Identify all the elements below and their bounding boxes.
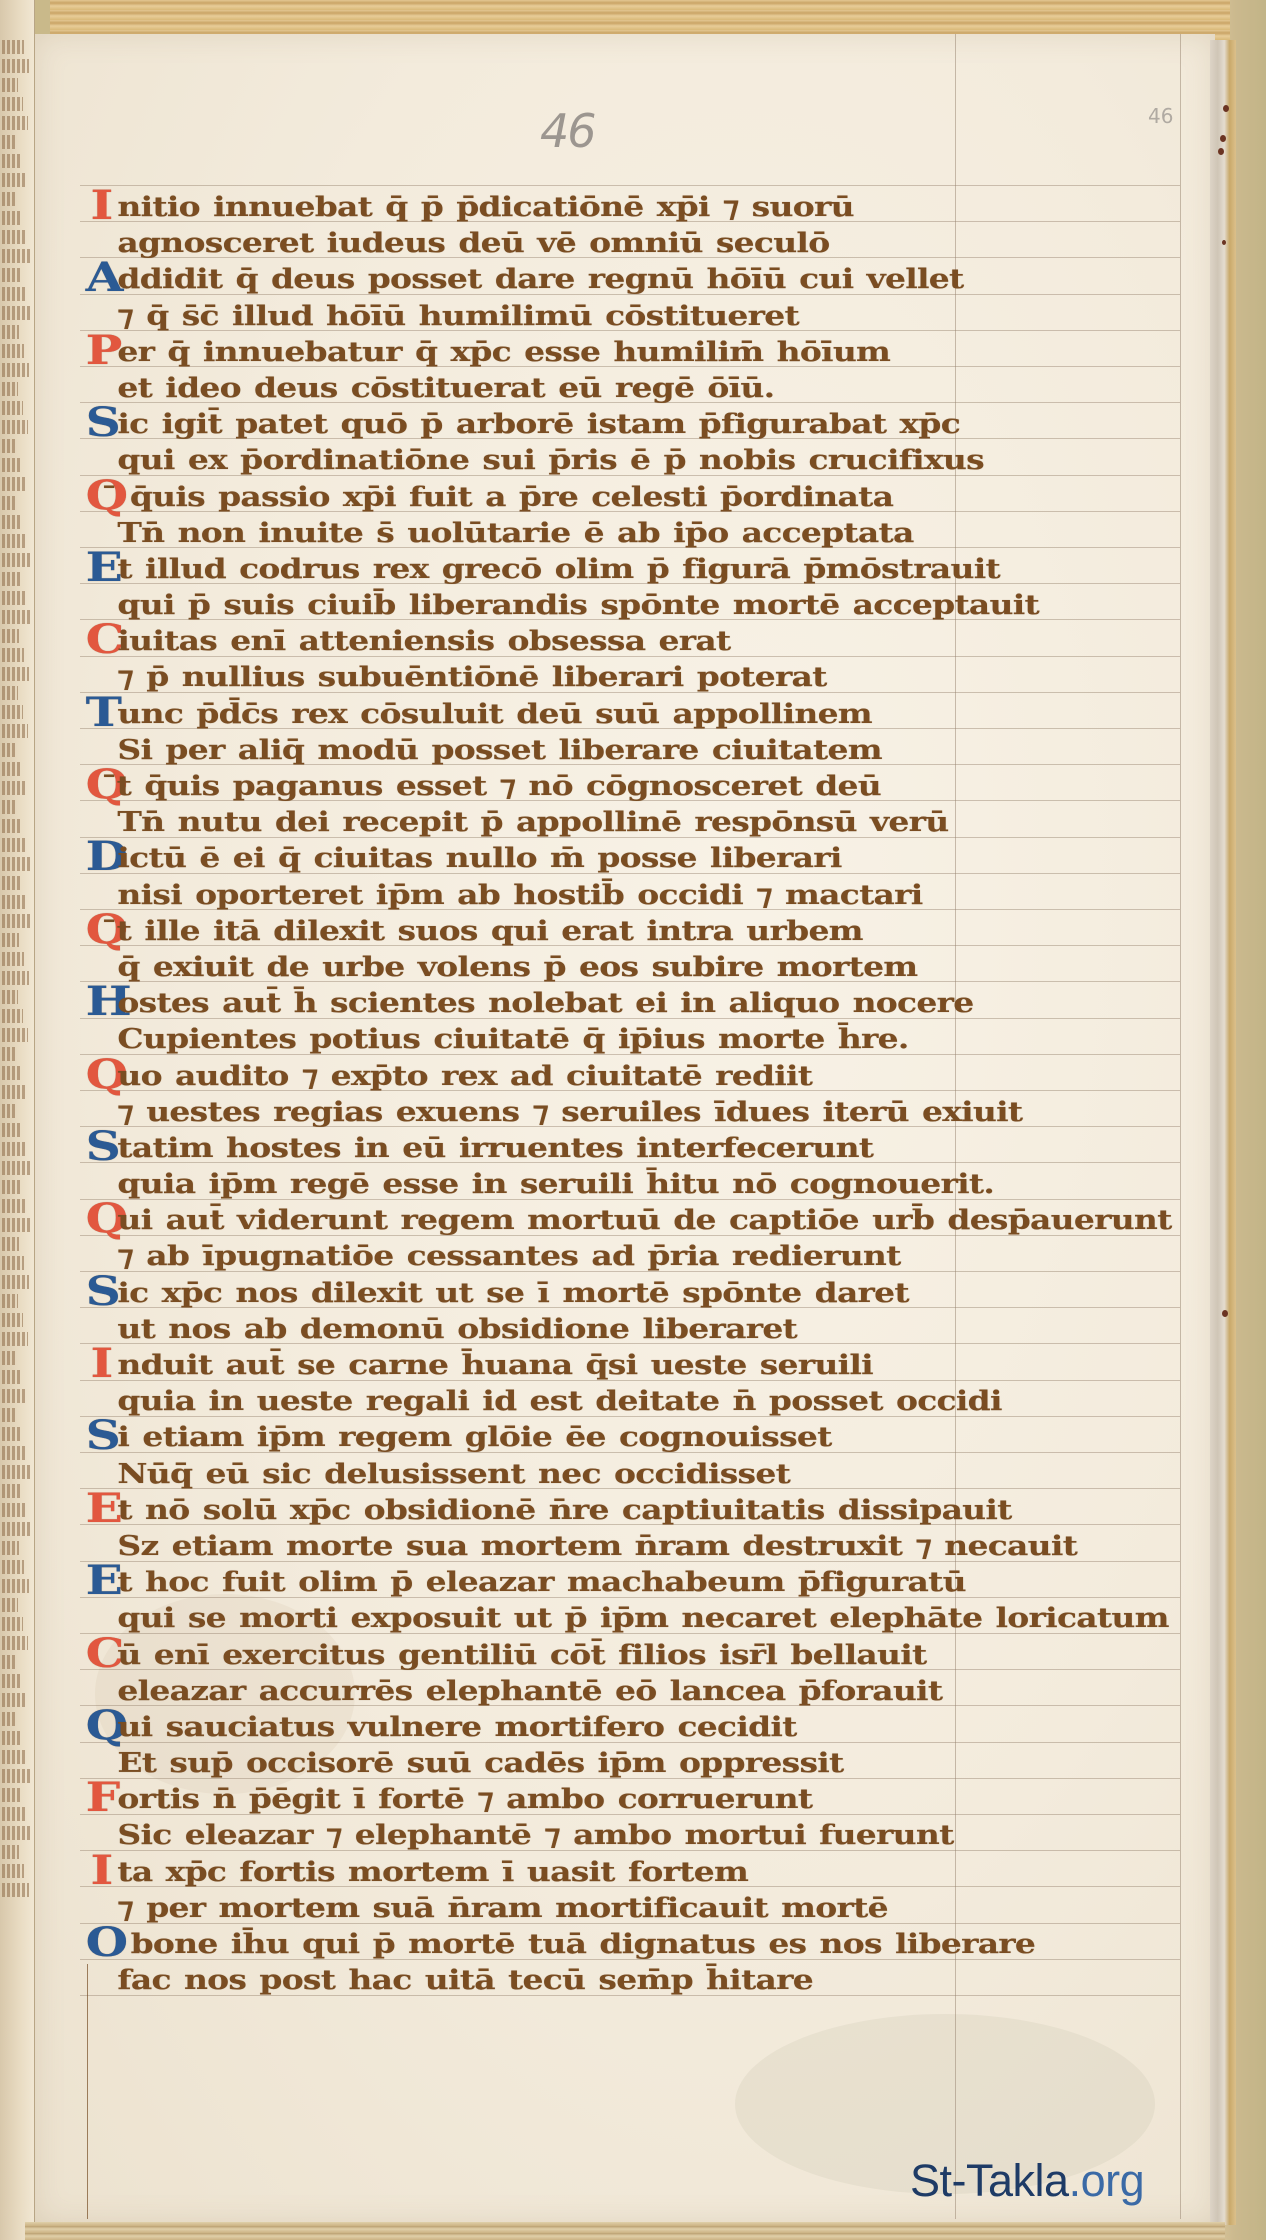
line-text: qui se morti exposuit ut p̄ ip̄m necaret…	[117, 1603, 1168, 1634]
line-text: quia in ueste regali id est deitate n̄ p…	[117, 1386, 1001, 1417]
manuscript-line: Et nō solū xp̄c obsidionē n̄re captiu…	[93, 1493, 1266, 1529]
manuscript-line: ⁊ uestes regias exuens ⁊ seruiles īdues…	[93, 1095, 1266, 1131]
initial-spacer	[86, 589, 118, 619]
line-text: tatim hostes in eū irruentes interfecer…	[117, 1133, 873, 1164]
initial-spacer	[86, 444, 118, 474]
watermark-tld: .org	[1069, 2155, 1145, 2206]
manuscript-line: Et hoc fuit olim p̄ eleazar machabeum p̄…	[93, 1565, 1266, 1601]
decorated-initial: C	[86, 1639, 118, 1669]
line-text: Si per aliq̄ modū posset liberare ciuit…	[117, 735, 881, 766]
line-text: t nō solū xp̄c obsidionē n̄re captiui…	[117, 1495, 1011, 1526]
decorated-initial: Q	[86, 481, 118, 511]
line-text: ̄ q̄uis passio xp̄i fuit a p̄re celesti …	[117, 482, 893, 513]
line-text: i etiam ip̄m regem glōie ēe cognouisse…	[117, 1422, 831, 1453]
decorated-initial: Q	[86, 1204, 118, 1234]
initial-spacer	[86, 300, 118, 330]
initial-spacer	[86, 1385, 118, 1415]
decorated-initial: F	[86, 1783, 118, 1813]
line-text: ddidit q̄ deus posset dare regnū hōīu…	[117, 264, 963, 295]
line-text: eleazar accurrēs elephantē eō lancea …	[117, 1676, 942, 1707]
decorated-initial: S	[86, 1132, 118, 1162]
decorated-initial: Q	[86, 1711, 118, 1741]
manuscript-line: Qui aut̄ viderunt regem mortuū de capti…	[93, 1203, 1266, 1239]
line-text: t hoc fuit olim p̄ eleazar machabeum p̄f…	[117, 1567, 965, 1598]
manuscript-line: Cupientes potius ciuitatē q̄ ip̄ius mor…	[93, 1022, 1266, 1058]
decorated-initial	[86, 1747, 118, 1777]
line-text: uo audito ⁊ exp̄to rex ad ciuitatē redi…	[117, 1061, 812, 1092]
manuscript-text-block: Initio innuebat q̄ p̄ p̄dicatiōnē xp̄i…	[93, 190, 1073, 1999]
manuscript-line: ut nos ab demonū obsidione liberaret	[93, 1312, 1266, 1348]
line-text: Et sup̄ occisorē suū cadēs ip̄m oppre…	[117, 1748, 843, 1779]
decorated-initial: I	[86, 1349, 118, 1379]
line-text: ui aut̄ viderunt regem mortuū de captio…	[117, 1205, 1171, 1236]
decorated-initial: P	[86, 336, 118, 366]
decorated-initial: D	[86, 842, 118, 872]
decorated-initial	[86, 1096, 118, 1126]
initial-spacer	[86, 1675, 118, 1705]
manuscript-line: Initio innuebat q̄ p̄ p̄dicatiōnē xp̄i…	[93, 190, 1266, 226]
initial-spacer	[86, 1240, 118, 1270]
watermark-main: St-Takla	[910, 2155, 1069, 2206]
page-bottom-edge	[25, 2222, 1225, 2240]
manuscript-line: Induit aut̄ se carne h̄uana q̄si ueste s…	[93, 1348, 1266, 1384]
initial-spacer	[86, 951, 118, 981]
initial-spacer	[86, 1819, 118, 1849]
binding-fold-strip	[1210, 40, 1236, 2225]
manuscript-line: ⁊ per mortem suā n̄ram mortificauit mor…	[93, 1891, 1266, 1927]
manuscript-line: qui ex p̄ordinatiōne sui p̄ris ē p̄ no…	[93, 443, 1266, 479]
line-text: Tn̄ nutu dei recepit p̄ appollinē respo…	[117, 807, 948, 838]
manuscript-line: q̄ exiuit de urbe volens p̄ eos subire m…	[93, 950, 1266, 986]
line-text: q̄ exiuit de urbe volens p̄ eos subire m…	[117, 952, 917, 983]
line-text: ⁊ uestes regias exuens ⁊ seruiles īdues…	[117, 1097, 1022, 1128]
ruling-line	[80, 185, 1180, 186]
line-text: er q̄ innuebatur q̄ xp̄c esse humilim̄ h…	[117, 337, 890, 368]
manuscript-line: ⁊ ab īpugnatiōe cessantes ad p̄ria red…	[93, 1239, 1266, 1275]
manuscript-line: Q̄t q̄uis paganus esset ⁊ nō cōgnoscer…	[93, 769, 1266, 805]
decorated-initial: Q	[86, 1060, 118, 1090]
line-text: ⁊ ab īpugnatiōe cessantes ad p̄ria red…	[117, 1241, 900, 1272]
decorated-initial: S	[86, 1277, 118, 1307]
manuscript-line: ⁊ q̄ s̄c̄ illud hōīū humilimū cōsti…	[93, 299, 1266, 335]
vertical-ruling-left	[87, 1964, 88, 2219]
decorated-initial: O	[86, 1928, 118, 1958]
watermark: St-Takla.org	[910, 2155, 1144, 2207]
line-text: ostes aut̄ h̄ scientes nolebat ei in ali…	[117, 988, 973, 1019]
manuscript-line: Tunc p̄d̄c̄s rex cōsuluit deū suū app…	[93, 697, 1266, 733]
line-text: qui ex p̄ordinatiōne sui p̄ris ē p̄ no…	[117, 445, 984, 476]
folio-number-pencil: 46	[540, 104, 595, 158]
facing-page-edge	[0, 0, 35, 2240]
line-text: Nūq̄ eū sic delusissent nec occidisset	[117, 1459, 790, 1490]
line-text: Cupientes potius ciuitatē q̄ ip̄ius mor…	[117, 1024, 908, 1055]
line-text: ic igit̄ patet quō p̄ arborē istam p̄f…	[117, 409, 960, 440]
decorated-initial: H	[86, 987, 118, 1017]
manuscript-line: Et sup̄ occisorē suū cadēs ip̄m oppre…	[93, 1746, 1266, 1782]
line-text: ⁊ per mortem suā n̄ram mortificauit mor…	[117, 1893, 887, 1924]
line-text: ū enī exercitus gentiliū cōt̄ filios…	[117, 1640, 926, 1671]
manuscript-line: Tn̄ nutu dei recepit p̄ appollinē respo…	[93, 805, 1266, 841]
decorated-initial: C	[86, 625, 118, 655]
line-text: quia ip̄m regē esse in seruili h̄itu no…	[117, 1169, 994, 1200]
manuscript-line: Hostes aut̄ h̄ scientes nolebat ei in al…	[93, 986, 1266, 1022]
initial-spacer	[86, 517, 118, 547]
initial-spacer	[86, 1458, 118, 1488]
manuscript-line: quia ip̄m regē esse in seruili h̄itu no…	[93, 1167, 1266, 1203]
manuscript-line: Qui sauciatus vulnere mortifero cecidit	[93, 1710, 1266, 1746]
manuscript-line: Q̄t ille itā dilexit suos qui erat intr…	[93, 914, 1266, 950]
manuscript-line: Cū enī exercitus gentiliū cōt̄ filio…	[93, 1638, 1266, 1674]
initial-spacer	[86, 227, 118, 257]
manuscript-line: Sz etiam morte sua mortem n̄ram destruxi…	[93, 1529, 1266, 1565]
manuscript-line: Per q̄ innuebatur q̄ xp̄c esse humilim̄ …	[93, 335, 1266, 371]
initial-spacer	[86, 1964, 118, 1994]
manuscript-line: eleazar accurrēs elephantē eō lancea …	[93, 1674, 1266, 1710]
initial-spacer	[86, 1602, 118, 1632]
decorated-initial: S	[86, 408, 118, 438]
manuscript-line: Si etiam ip̄m regem glōie ēe cognouiss…	[93, 1420, 1266, 1456]
line-text: ut nos ab demonū obsidione liberaret	[117, 1314, 797, 1345]
manuscript-line: qui p̄ suis ciuib̄ liberandis spōnte mo…	[93, 588, 1266, 624]
manuscript-line: quia in ueste regali id est deitate n̄ p…	[93, 1384, 1266, 1420]
manuscript-line: Ita xp̄c fortis mortem ī uasit fortem	[93, 1855, 1266, 1891]
line-text: Sic eleazar ⁊ elephantē ⁊ ambo mortui f…	[117, 1820, 953, 1851]
manuscript-line: fac nos post hac uitā tecū sem̄p h̄ita…	[93, 1963, 1266, 1999]
manuscript-line: Et illud codrus rex grecō olim p̄ figur…	[93, 552, 1266, 588]
initial-spacer	[86, 734, 118, 764]
line-text: t illud codrus rex grecō olim p̄ figura…	[117, 554, 1000, 585]
decorated-initial: E	[86, 1494, 118, 1524]
decorated-initial: E	[86, 1566, 118, 1596]
manuscript-line: Quo audito ⁊ exp̄to rex ad ciuitatē red…	[93, 1059, 1266, 1095]
line-text: Sz etiam morte sua mortem n̄ram destruxi…	[117, 1531, 1077, 1562]
manuscript-line: Fortis n̄ p̄ēgit ī fortē ⁊ ambo corru…	[93, 1782, 1266, 1818]
line-text: nisi oporteret ip̄m ab hostib̄ occidi ⁊ …	[117, 880, 922, 911]
manuscript-line: ⁊ p̄ nullius subuēntiōnē liberari pot…	[93, 660, 1266, 696]
manuscript-line: nisi oporteret ip̄m ab hostib̄ occidi ⁊ …	[93, 878, 1266, 914]
line-text: ic xp̄c nos dilexit ut se ī mortē spō…	[117, 1278, 908, 1309]
initial-spacer	[86, 1168, 118, 1198]
manuscript-line: O bone ih̄u qui p̄ mortē tuā dignatus …	[93, 1927, 1266, 1963]
line-text: ⁊ q̄ s̄c̄ illud hōīū humilimū cōsti…	[117, 301, 799, 332]
line-text: nduit aut̄ se carne h̄uana q̄si ueste se…	[117, 1350, 873, 1381]
manuscript-line: Nūq̄ eū sic delusissent nec occidisset	[93, 1457, 1266, 1493]
folio-number-corner: 46	[1148, 104, 1173, 128]
manuscript-line: Q̄ q̄uis passio xp̄i fuit a p̄re celesti…	[93, 480, 1266, 516]
initial-spacer	[86, 661, 118, 691]
initial-spacer	[86, 1023, 118, 1053]
decorated-initial: Q	[86, 915, 118, 945]
decorated-initial: Q	[86, 770, 118, 800]
manuscript-line: et ideo deus cōstituerat eū regē ōī…	[93, 371, 1266, 407]
manuscript-line: Dictū ē ei q̄ ciuitas nullo m̄ posse l…	[93, 841, 1266, 877]
manuscript-line: qui se morti exposuit ut p̄ ip̄m necaret…	[93, 1601, 1266, 1637]
line-text: ui sauciatus vulnere mortifero cecidit	[117, 1712, 796, 1743]
line-text: qui p̄ suis ciuib̄ liberandis spōnte mo…	[117, 590, 1039, 621]
manuscript-line: Sic xp̄c nos dilexit ut se ī mortē spo…	[93, 1276, 1266, 1312]
line-text: ̄t q̄uis paganus esset ⁊ nō cōgnoscere…	[117, 771, 881, 802]
decorated-initial: A	[86, 263, 118, 293]
line-text: ictū ē ei q̄ ciuitas nullo m̄ posse li…	[117, 843, 841, 874]
manuscript-line: Statim hostes in eū irruentes interfece…	[93, 1131, 1266, 1167]
manuscript-line: Si per aliq̄ modū posset liberare ciuit…	[93, 733, 1266, 769]
decorated-initial: S	[86, 1421, 118, 1451]
manuscript-line: Sic eleazar ⁊ elephantē ⁊ ambo mortui f…	[93, 1818, 1266, 1854]
initial-spacer	[86, 1313, 118, 1343]
manuscript-line: agnosceret iudeus deū vē omniū seculo…	[93, 226, 1266, 262]
line-text: unc p̄d̄c̄s rex cōsuluit deū suū appo…	[117, 699, 872, 730]
manuscript-page: 46 46 Initio innuebat q̄ p̄ p̄dicatiōne…	[35, 34, 1215, 2224]
line-text: ta xp̄c fortis mortem ī uasit fortem	[117, 1857, 748, 1888]
line-text: bone ih̄u qui p̄ mortē tuā dignatus es…	[117, 1929, 1035, 1960]
initial-spacer	[86, 1530, 118, 1560]
line-text: ⁊ p̄ nullius subuēntiōnē liberari pot…	[117, 662, 826, 693]
line-text: et ideo deus cōstituerat eū regē ōī…	[117, 373, 774, 404]
decorated-initial: E	[86, 553, 118, 583]
line-text: iuitas enī atteniensis obsessa erat	[117, 626, 730, 657]
line-text: Tn̄ non inuite s̄ uolūtarie ē ab ip̄o …	[117, 518, 913, 549]
decorated-initial: T	[86, 698, 118, 728]
initial-spacer	[86, 806, 118, 836]
line-text: ortis n̄ p̄ēgit ī fortē ⁊ ambo corrue…	[117, 1784, 812, 1815]
initial-spacer	[86, 372, 118, 402]
manuscript-line: Addidit q̄ deus posset dare regnū hōī…	[93, 262, 1266, 298]
manuscript-line: Ciuitas enī atteniensis obsessa erat	[93, 624, 1266, 660]
line-text: fac nos post hac uitā tecū sem̄p h̄ita…	[117, 1965, 813, 1996]
initial-spacer	[86, 879, 118, 909]
decorated-initial: I	[86, 1856, 118, 1886]
line-text: nitio innuebat q̄ p̄ p̄dicatiōnē xp̄i …	[117, 192, 853, 223]
line-text: ̄t ille itā dilexit suos qui erat intra…	[117, 916, 862, 947]
decorated-initial: I	[86, 191, 118, 221]
manuscript-line: Tn̄ non inuite s̄ uolūtarie ē ab ip̄o …	[93, 516, 1266, 552]
line-text: agnosceret iudeus deū vē omniū seculo…	[117, 228, 829, 259]
manuscript-line: Sic igit̄ patet quō p̄ arborē istam p̄…	[93, 407, 1266, 443]
initial-spacer	[86, 1892, 118, 1922]
